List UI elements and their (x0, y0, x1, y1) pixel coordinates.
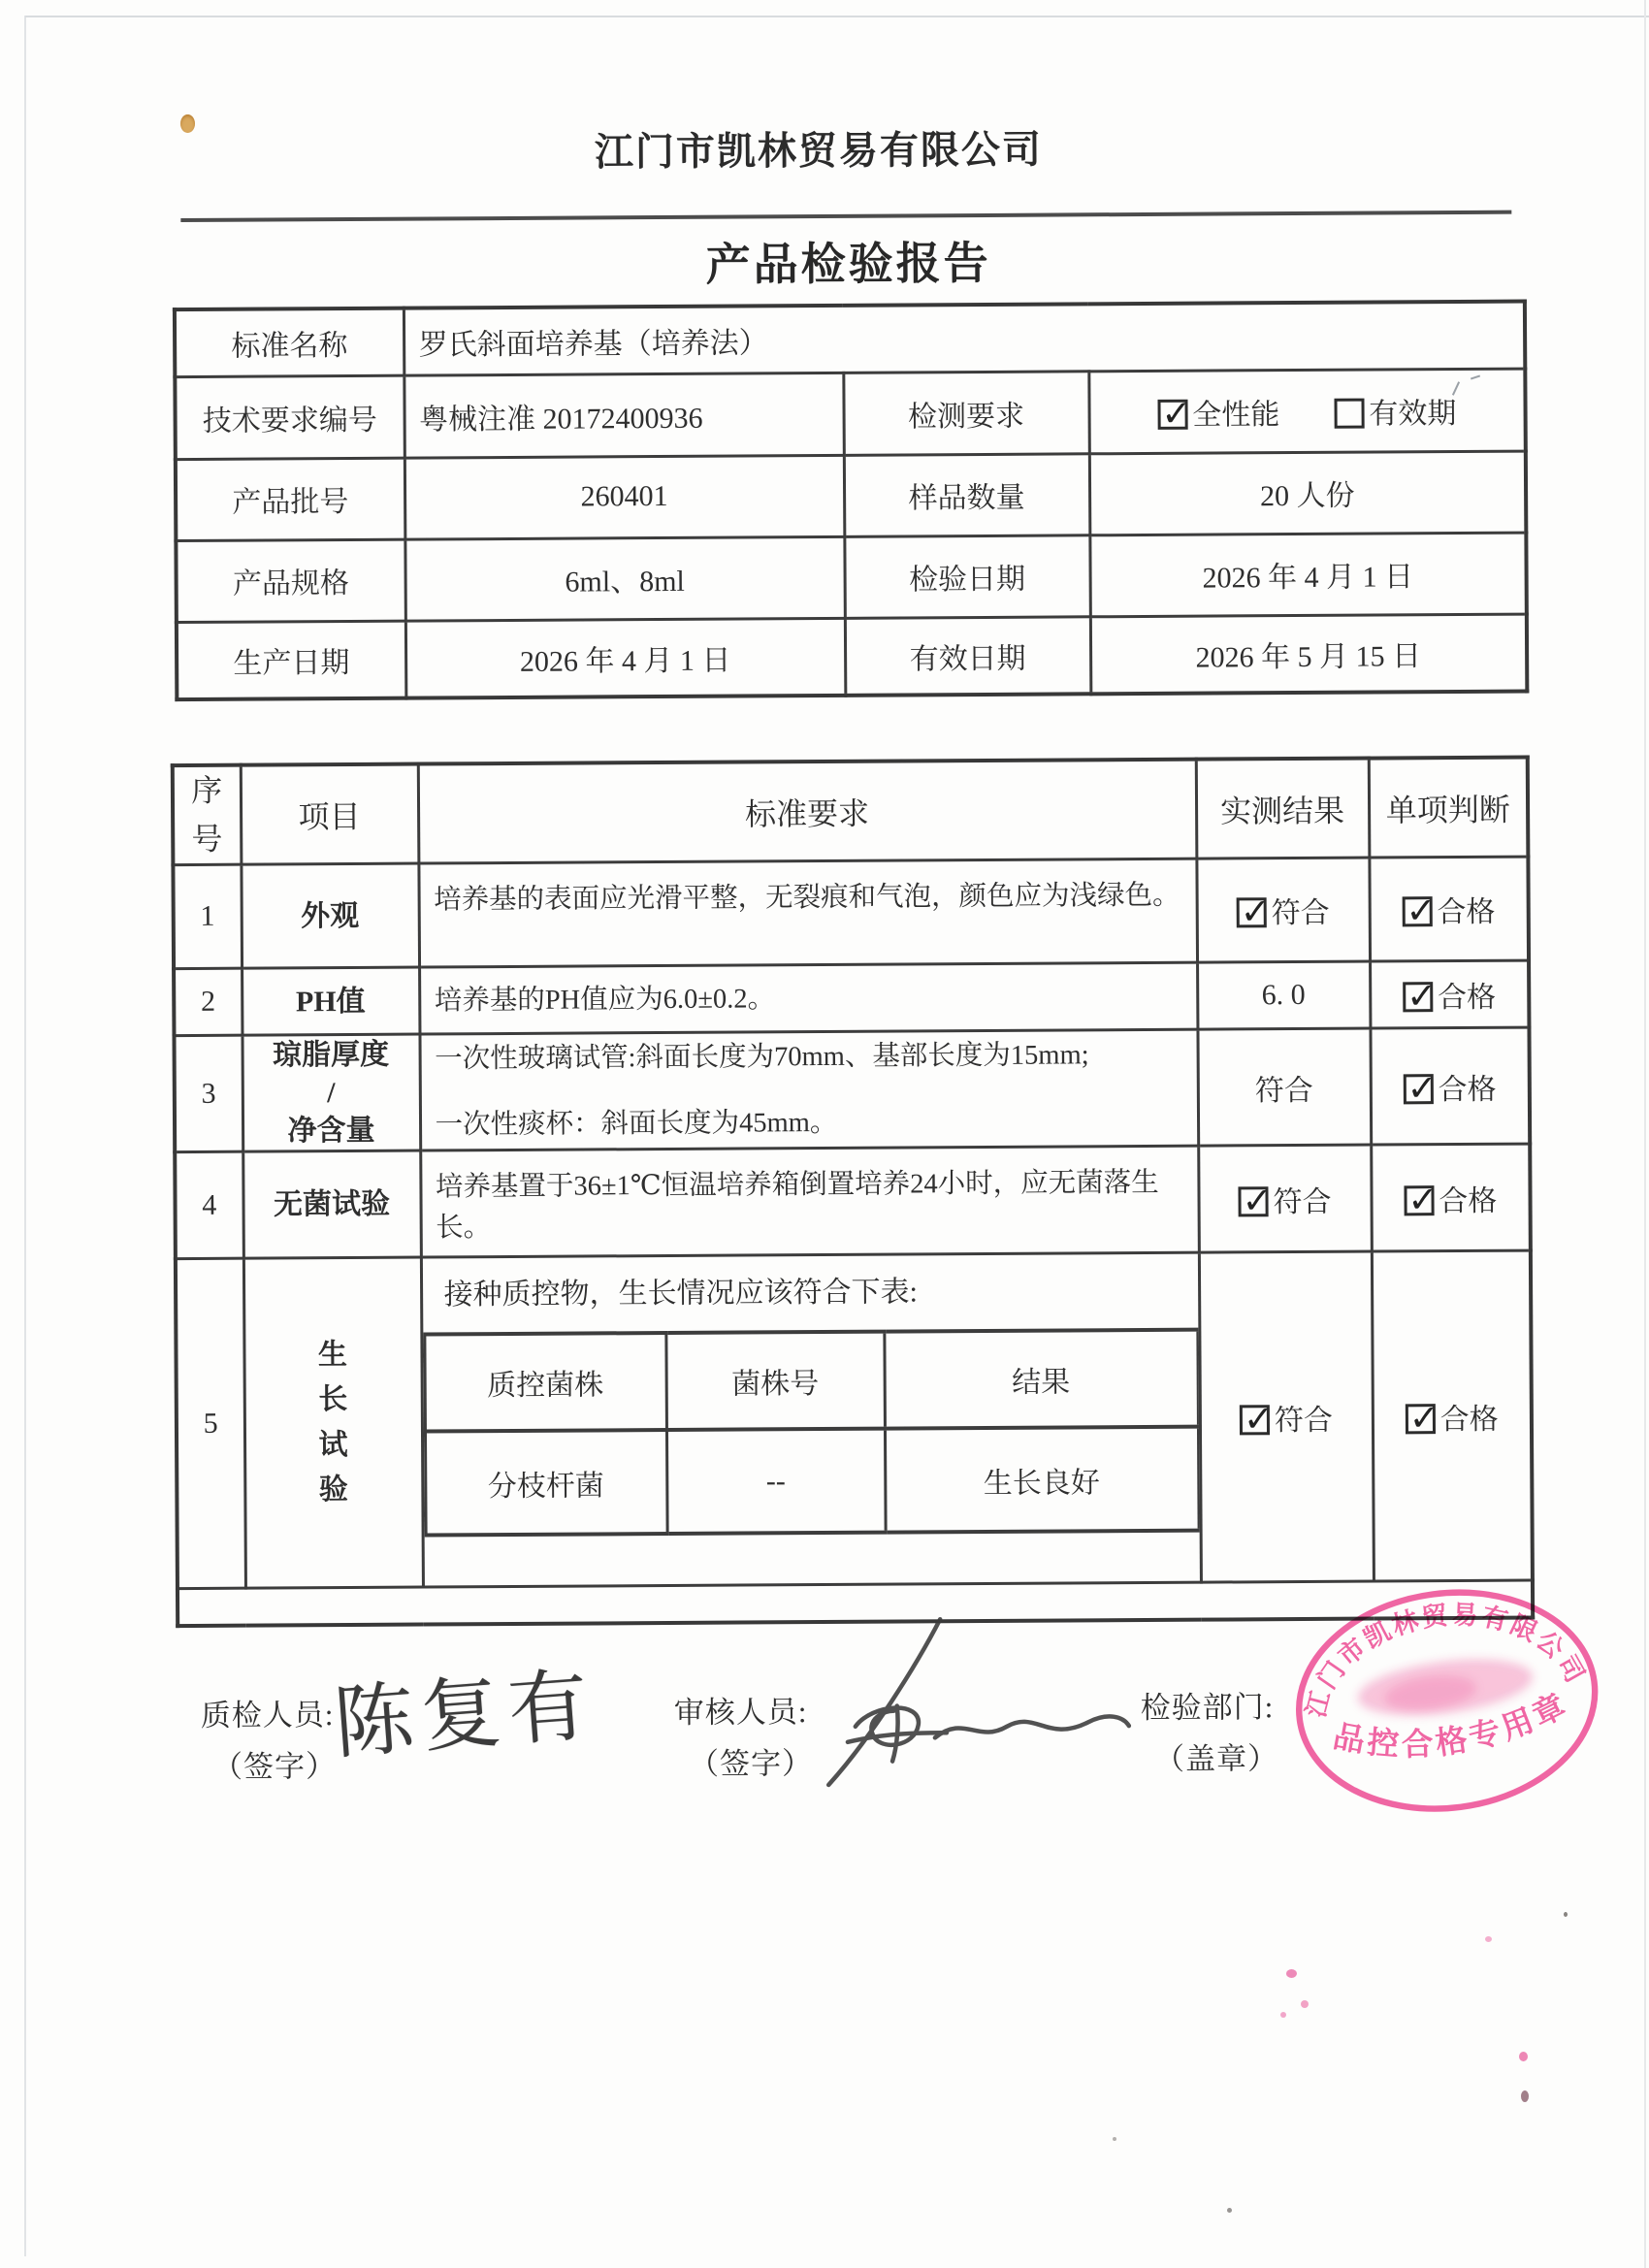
row2-requirement: 培养基的PH值应为6.0±0.2。 (419, 962, 1197, 1034)
option-full-performance: 全性能 (1192, 399, 1279, 432)
row4-result: 符合 (1198, 1145, 1372, 1252)
checkbox-checked-icon (1237, 897, 1267, 927)
table-row: 4 无菌试验 培养基置于36±1℃恒温培养箱倒置培养24小时，应无菌落生长。 符… (175, 1144, 1531, 1259)
info-label-production-date: 生产日期 (177, 621, 405, 699)
paper-edge-right (1644, 0, 1646, 2268)
row3-result: 符合 (1197, 1028, 1371, 1146)
qc-sign-sublabel: （签字） (212, 1741, 337, 1786)
row5-judgement: 合格 (1372, 1250, 1533, 1581)
info-label-expiry-date: 有效日期 (845, 616, 1090, 696)
info-label-spec: 产品规格 (176, 539, 405, 622)
row4-judgement: 合格 (1371, 1144, 1531, 1251)
row2-judgement: 合格 (1370, 960, 1529, 1028)
ink-speck (1280, 2012, 1286, 2018)
result-table: 序号 项目 标准要求 实测结果 单项判断 1 外观 培养基的表面应光滑平整，无裂… (171, 756, 1535, 1628)
table-row: 生产日期 2026 年 4 月 1 日 有效日期 2026 年 5 月 15 日 (177, 614, 1527, 700)
row2-item: PH值 (242, 967, 419, 1035)
qc-person-label: 质检人员: (201, 1690, 335, 1734)
subtable-header-row: 质控菌株 菌株号 结果 (424, 1330, 1198, 1432)
ink-speck (1227, 2208, 1232, 2213)
table-row: 1 外观 培养基的表面应光滑平整，无裂痕和气泡，颜色应为浅绿色。 符合 合格 (173, 857, 1529, 969)
row1-judgement: 合格 (1369, 857, 1529, 961)
header-item: 项目 (241, 764, 419, 865)
info-value-standard-name: 罗氏斜面培养基（培养法） (404, 302, 1525, 375)
row5-result: 符合 (1199, 1251, 1374, 1582)
growth-intro: 接种质控物，生长情况应该符合下表: (422, 1254, 1197, 1313)
dept-stamp-sublabel: （盖章） (1154, 1733, 1278, 1778)
table-row: 3 琼脂厚度 / 净含量 一次性玻璃试管:斜面长度为70mm、基部长度为15mm… (174, 1027, 1530, 1152)
info-label-tech-req-no: 技术要求编号 (175, 375, 404, 459)
row5-no: 5 (176, 1258, 245, 1588)
header-requirement: 标准要求 (418, 760, 1197, 864)
reviewer-label: 审核人员: (674, 1687, 808, 1732)
qc-signature: 陈复有 (330, 1641, 599, 1774)
paper-speck (180, 114, 195, 133)
row3-requirement: 一次性玻璃试管:斜面长度为70mm、基部长度为15mm; 一次性痰杯：斜面长度为… (419, 1029, 1198, 1150)
checkbox-checked-icon (1238, 1186, 1268, 1216)
report-content: 江门市凯林贸易有限公司 产品检验报告 标准名称 罗氏斜面培养基（培养法） 技术要… (0, 0, 1649, 2268)
row1-no: 1 (173, 864, 242, 968)
row5-item: 生长试验 (243, 1257, 423, 1588)
ink-speck (1519, 2052, 1528, 2061)
info-value-spec: 6ml、8ml (404, 536, 845, 621)
checkbox-checked-icon (1404, 1185, 1434, 1215)
checkbox-checked-icon (1402, 896, 1432, 926)
ink-speck (1485, 1936, 1492, 1942)
info-label-test-requirement: 检测要求 (843, 371, 1089, 455)
checkbox-unchecked-icon (1334, 398, 1364, 428)
row2-no: 2 (174, 968, 242, 1035)
company-stamp: 江门市凯林贸易有限公司 品控合格专用章 (1278, 1567, 1616, 1835)
info-value-expiry-date: 2026 年 5 月 15 日 (1090, 614, 1527, 695)
table-header-row: 序号 项目 标准要求 实测结果 单项判断 (173, 758, 1529, 865)
growth-strain: 分枝杆菌 (425, 1430, 667, 1536)
subtable-row: 分枝杆菌 -- 生长良好 (425, 1427, 1199, 1536)
table-row: 5 生长试验 接种质控物，生长情况应该符合下表: 质控菌株 菌株号 结果 分枝杆… (176, 1250, 1533, 1589)
info-value-tech-req-no: 粤械注准 20172400936 (404, 373, 844, 458)
row2-result: 6. 0 (1197, 961, 1370, 1029)
ink-speck (1286, 1969, 1297, 1978)
growth-result: 生长良好 (885, 1427, 1199, 1533)
reviewer-signature (798, 1612, 1148, 1794)
row4-item: 无菌试验 (242, 1150, 421, 1258)
table-row: 产品规格 6ml、8ml 检验日期 2026 年 4 月 1 日 (176, 533, 1527, 623)
info-value-test-requirement: 全性能有效期 (1088, 369, 1526, 454)
checkbox-checked-icon (1240, 1405, 1270, 1435)
info-value-production-date: 2026 年 4 月 1 日 (405, 618, 845, 698)
reviewer-sign-sublabel: （签字） (689, 1738, 813, 1783)
table-row: 产品批号 260401 样品数量 20 人份 (176, 451, 1527, 541)
row1-result: 符合 (1196, 858, 1370, 962)
growth-header-strain-no: 菌株号 (665, 1332, 885, 1430)
checkbox-checked-icon (1403, 982, 1433, 1012)
row4-no: 4 (175, 1151, 243, 1258)
info-value-sample-qty: 20 人份 (1089, 451, 1527, 535)
table-row: 2 PH值 培养基的PH值应为6.0±0.2。 6. 0 合格 (174, 960, 1529, 1036)
info-label-sample-qty: 样品数量 (844, 453, 1090, 536)
checkbox-checked-icon (1406, 1404, 1436, 1434)
company-name: 江门市凯林贸易有限公司 (0, 115, 1643, 180)
info-value-inspection-date: 2026 年 4 月 1 日 (1089, 533, 1527, 617)
header-no: 序号 (173, 765, 242, 865)
growth-strain-no: -- (666, 1429, 886, 1534)
row1-item: 外观 (241, 863, 419, 968)
row4-requirement: 培养基置于36±1℃恒温培养箱倒置培养24小时，应无菌落生长。 (420, 1146, 1199, 1257)
paper-edge-left (24, 16, 26, 2256)
table-row: 标准名称 罗氏斜面培养基（培养法） (175, 302, 1525, 377)
checkbox-checked-icon (1157, 399, 1187, 429)
ink-speck (1301, 2000, 1309, 2008)
info-label-inspection-date: 检验日期 (844, 535, 1090, 618)
growth-header-strain: 质控菌株 (424, 1333, 666, 1432)
row5-requirement: 接种质控物，生长情况应该符合下表: 质控菌株 菌株号 结果 分枝杆菌 -- 生长… (421, 1252, 1201, 1587)
info-label-standard-name: 标准名称 (175, 308, 404, 376)
scanned-report-page: 江门市凯林贸易有限公司 产品检验报告 标准名称 罗氏斜面培养基（培养法） 技术要… (0, 0, 1649, 2268)
row1-requirement: 培养基的表面应光滑平整，无裂痕和气泡，颜色应为浅绿色。 (418, 859, 1197, 967)
ink-speck (1564, 1912, 1568, 1917)
info-value-batch-no: 260401 (404, 455, 845, 539)
paper-edge-top (25, 16, 1649, 17)
info-label-batch-no: 产品批号 (176, 458, 405, 540)
info-table: 标准名称 罗氏斜面培养基（培养法） 技术要求编号 粤械注准 2017240093… (173, 300, 1529, 702)
option-validity-period: 有效期 (1369, 398, 1456, 431)
header-judgement: 单项判断 (1369, 758, 1529, 859)
row3-item: 琼脂厚度 / 净含量 (242, 1034, 420, 1151)
growth-header-result: 结果 (884, 1330, 1198, 1429)
title-divider (180, 211, 1511, 222)
row3-no: 3 (174, 1035, 242, 1151)
ink-speck (1113, 2137, 1116, 2141)
row3-judgement: 合格 (1370, 1027, 1530, 1145)
report-title: 产品检验报告 (23, 224, 1649, 298)
table-row: 技术要求编号 粤械注准 20172400936 检测要求 全性能有效期 (175, 369, 1526, 460)
growth-subtable: 质控菌株 菌株号 结果 分枝杆菌 -- 生长良好 (423, 1328, 1200, 1538)
checkbox-checked-icon (1403, 1074, 1433, 1104)
ink-speck (1521, 2090, 1529, 2102)
header-result: 实测结果 (1196, 759, 1370, 859)
dept-label: 检验部门: (1141, 1682, 1275, 1727)
